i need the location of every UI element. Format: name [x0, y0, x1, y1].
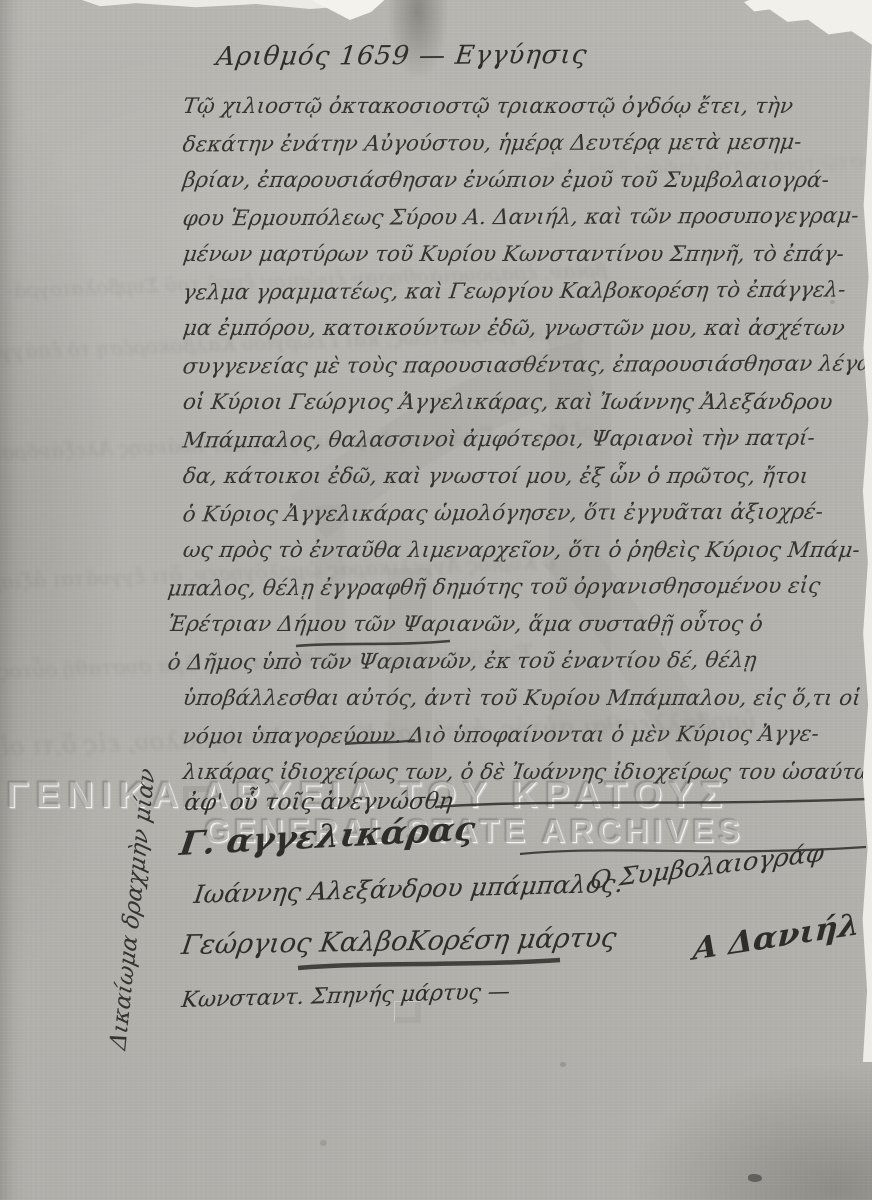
body-line-18: λικάρας ἰδιοχείρως των, ὁ δὲ Ἰωάννης ἰδι… [181, 754, 858, 791]
ink-speck [320, 1140, 327, 1146]
paper-fold-shadow [372, 0, 464, 140]
ink-speck [560, 1062, 566, 1067]
body-line-6: μα ἐμπόρου, κατοικούντων ἐδῶ, γνωστῶν μο… [181, 310, 858, 347]
body-line-11: ὁ Κύριος Ἀγγελικάρας ὡμολόγησεν, ὅτι ἐγγ… [181, 494, 858, 534]
body-line-16: ὑποβάλλεσθαι αὐτός, ἀντὶ τοῦ Κυρίου Μπάμ… [181, 680, 858, 717]
signature-witness-kalvokoresis: Γεώργιος ΚαλβοΚορέση μάρτυς [180, 922, 619, 961]
ink-speck [830, 300, 835, 304]
body-line-12: ως πρὸς τὸ ἐνταῦθα λιμεναρχεῖον, ὅτι ὁ ῥ… [181, 532, 858, 569]
body-line-3: φου Ἑρμουπόλεως Σύρου Α. Δανιήλ, καὶ τῶν… [181, 198, 858, 238]
ink-speck [748, 1174, 762, 1182]
body-line-0: Τῷ χιλιοστῷ ὀκτακοσιοστῷ τριακοστῷ ὀγδόῳ… [181, 88, 858, 125]
body-line-13: μπαλος, θέλῃ ἐγγραφθῆ δημότης τοῦ ὀργανι… [166, 568, 858, 608]
signature-notary-daniil: Α Δανιήλ [692, 906, 861, 967]
signature-witness-spinis: Κωνσταντ. Σπηνής μάρτυς — [180, 979, 511, 1013]
body-line-7: συγγενείας μὲ τοὺς παρουσιασθέντας, ἐπαρ… [181, 346, 858, 386]
signature-party-bambalos: Ιωάννης Αλεξάνδρου μπάμπαλος. [192, 869, 625, 909]
document-body: Τῷ χιλιοστῷ ὀκτακοσιοστῷ τριακοστῷ ὀγδόῳ… [183, 88, 855, 791]
torn-paper-edge-top-right [744, 0, 872, 52]
body-line-17: νόμοι ὑπαγορεύουν. Διὸ ὑποφαίνονται ὁ μὲ… [181, 716, 858, 756]
body-line-9: Μπάμπαλος, θαλασσινοὶ ἀμφότεροι, Ψαριανο… [181, 420, 858, 460]
body-line-4: μένων μαρτύρων τοῦ Κυρίου Κωνσταντίνου Σ… [181, 236, 858, 273]
body-line-2: βρίαν, ἐπαρουσιάσθησαν ἐνώπιον ἐμοῦ τοῦ … [181, 162, 858, 199]
body-line-10: δα, κάτοικοι ἐδῶ, καὶ γνωστοί μου, ἐξ ὧν… [181, 458, 858, 495]
body-line-8: οἱ Κύριοι Γεώργιος Ἀγγελικάρας, καὶ Ἰωάν… [181, 384, 858, 421]
body-line-5: γελμα γραμματέως, καὶ Γεωργίου Καλβοκορέ… [181, 272, 858, 312]
margin-fee-note: Δικαίωμα δραχμὴν μίαν [100, 712, 166, 1106]
scanned-document-page: ΓΕΝΙΚΑ ΑΡΧΕΙΑ ΤΟΥ ΚΡΑΤΟΥΣ GENERAL STATE … [0, 0, 872, 1200]
body-line-15: ὁ Δῆμος ὑπὸ τῶν Ψαριανῶν, ἐκ τοῦ ἐναντίο… [166, 642, 858, 682]
body-line-1: δεκάτην ἐνάτην Αὐγούστου, ἡμέρᾳ Δευτέρᾳ … [181, 124, 858, 164]
body-line-14: Ἐρέτριαν Δήμου τῶν Ψαριανῶν, ἅμα συσταθῇ… [166, 606, 858, 643]
